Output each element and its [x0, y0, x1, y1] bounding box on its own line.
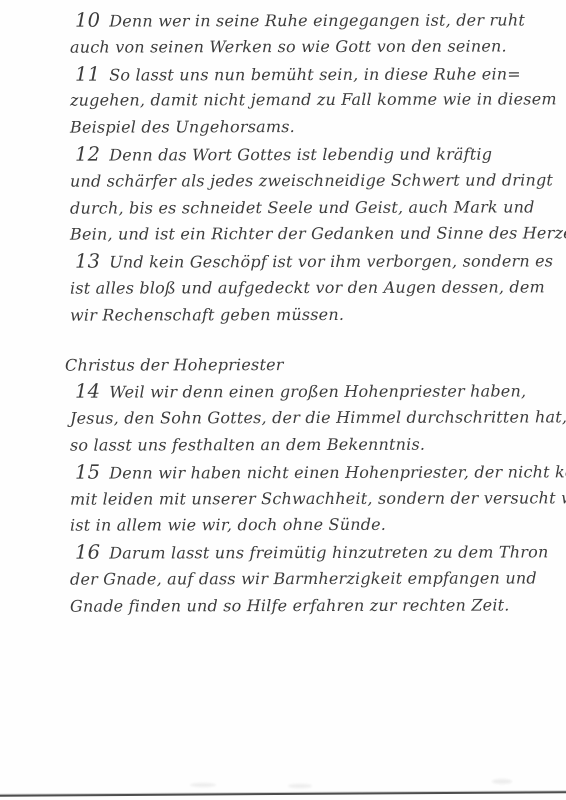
handwritten-line: wir Rechenschaft geben müssen.	[70, 301, 554, 329]
verse-number: 15	[75, 460, 100, 483]
line-text: Weil wir denn einen großen Hohenpriester…	[109, 382, 526, 402]
handwritten-line: ist in allem wie wir, doch ohne Sünde.	[70, 512, 554, 540]
line-text: Denn wir haben nicht einen Hohenpriester…	[109, 462, 566, 482]
handwritten-line: Bein, und ist ein Richter der Gedanken u…	[70, 221, 554, 249]
handwritten-text-block: 10Denn wer in seine Ruhe eingegangen ist…	[70, 7, 554, 620]
line-text: ist alles bloß und aufgedeckt vor den Au…	[70, 277, 545, 297]
scan-bottom-edge	[0, 791, 566, 797]
scan-smudge	[492, 779, 512, 784]
handwritten-line: auch von seinen Werken so wie Gott von d…	[70, 33, 554, 61]
line-text: Jesus, den Sohn Gottes, der die Himmel d…	[70, 407, 566, 427]
line-text: so lasst uns festhalten an dem Bekenntni…	[70, 435, 425, 455]
line-text: ist in allem wie wir, doch ohne Sünde.	[70, 515, 386, 535]
line-text: wir Rechenschaft geben müssen.	[70, 305, 344, 325]
scan-smudge	[190, 783, 216, 787]
handwritten-line: 13Und kein Geschöpf ist vor ihm verborge…	[70, 248, 554, 276]
handwritten-line: 11So lasst uns nun bemüht sein, in diese…	[70, 60, 554, 88]
handwritten-line: durch, bis es schneidet Seele und Geist,…	[70, 194, 554, 222]
verse-number: 13	[75, 250, 100, 273]
verse-number: 10	[75, 9, 100, 32]
verse-number: 16	[75, 541, 100, 564]
line-text: So lasst uns nun bemüht sein, in diese R…	[109, 64, 521, 84]
handwritten-line: 10Denn wer in seine Ruhe eingegangen ist…	[70, 6, 554, 34]
verse-number: 12	[75, 143, 100, 166]
scanned-page: 10Denn wer in seine Ruhe eingegangen ist…	[0, 0, 566, 800]
line-text: Darum lasst uns freimütig hinzutreten zu…	[109, 543, 548, 563]
line-text: Gnade finden und so Hilfe erfahren zur r…	[70, 595, 510, 615]
line-text: Denn wer in seine Ruhe eingegangen ist, …	[109, 10, 525, 30]
handwritten-line: zugehen, damit nicht jemand zu Fall komm…	[70, 87, 554, 115]
line-text: Bein, und ist ein Richter der Gedanken u…	[70, 224, 566, 244]
handwritten-line: Jesus, den Sohn Gottes, der die Himmel d…	[70, 405, 554, 433]
handwritten-line: ist alles bloß und aufgedeckt vor den Au…	[70, 274, 554, 302]
handwritten-line: 16Darum lasst uns freimütig hinzutreten …	[70, 539, 554, 567]
handwritten-line: 14Weil wir denn einen großen Hohenpriest…	[70, 378, 554, 406]
section-heading: Christus der Hohepriester	[65, 351, 554, 379]
line-text: Denn das Wort Gottes ist lebendig und kr…	[109, 145, 492, 165]
line-text: der Gnade, auf dass wir Barmherzigkeit e…	[70, 568, 537, 588]
handwritten-line: der Gnade, auf dass wir Barmherzigkeit e…	[70, 565, 554, 593]
handwritten-line: so lasst uns festhalten an dem Bekenntni…	[70, 431, 554, 459]
line-text: auch von seinen Werken so wie Gott von d…	[70, 36, 507, 56]
handwritten-line: mit leiden mit unserer Schwachheit, sond…	[70, 485, 554, 513]
line-text: mit leiden mit unserer Schwachheit, sond…	[70, 488, 566, 508]
line-text: Und kein Geschöpf ist vor ihm verborgen,…	[109, 252, 553, 272]
handwritten-line: Gnade finden und so Hilfe erfahren zur r…	[70, 592, 554, 620]
handwritten-line: Beispiel des Ungehorsams.	[70, 114, 554, 142]
verse-number: 11	[75, 62, 100, 85]
line-text: Beispiel des Ungehorsams.	[70, 117, 295, 137]
line-text: zugehen, damit nicht jemand zu Fall komm…	[70, 90, 557, 110]
handwritten-line: 12Denn das Wort Gottes ist lebendig und …	[70, 140, 554, 168]
scan-smudge	[288, 784, 312, 788]
handwritten-line: und schärfer als jedes zweischneidige Sc…	[70, 167, 554, 195]
line-text: und schärfer als jedes zweischneidige Sc…	[70, 170, 553, 190]
handwritten-line: 15Denn wir haben nicht einen Hohenpriest…	[70, 458, 554, 486]
verse-number: 14	[75, 380, 100, 403]
line-text: durch, bis es schneidet Seele und Geist,…	[70, 197, 535, 217]
